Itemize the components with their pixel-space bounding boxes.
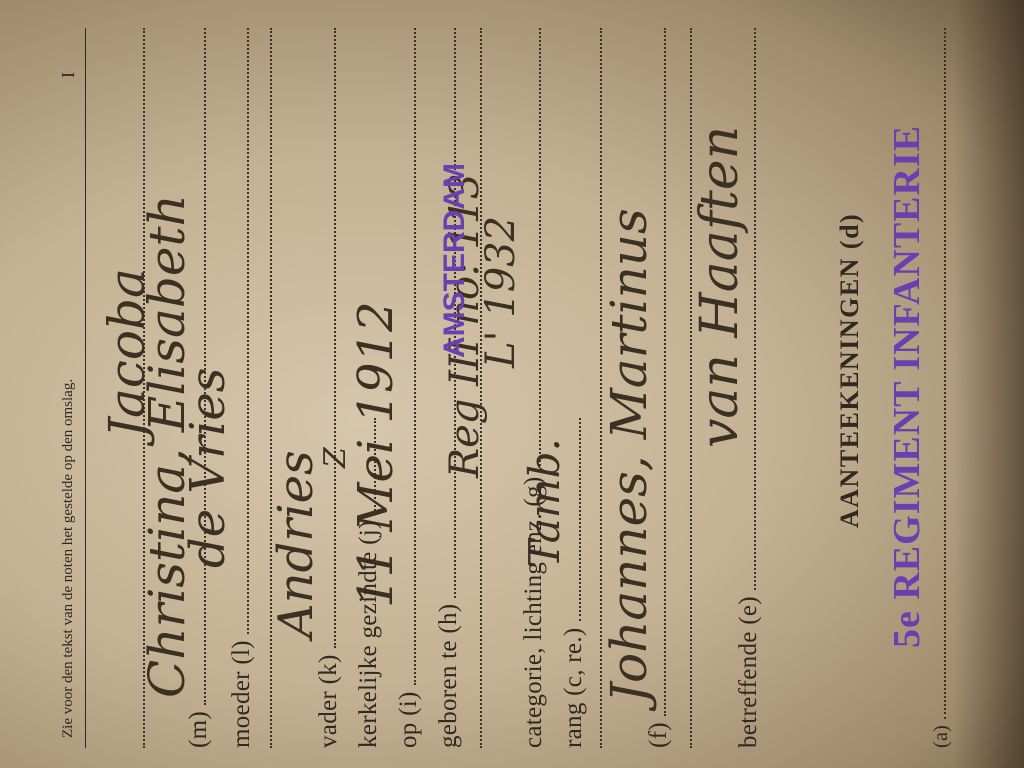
- field-kerkelijke-label: kerkelijke gezindte (j): [355, 520, 383, 748]
- field-categorie: categorie, lichting enz. (g): [520, 28, 548, 748]
- surname-handwritten: van Haaften: [690, 126, 750, 448]
- field-moeder-label: moeder (l): [228, 640, 256, 748]
- dotted-line: [334, 28, 336, 648]
- dotted-line: [247, 28, 249, 634]
- field-a-dotted-line: [944, 28, 946, 719]
- birthplace-stamp: AMSTERDAM: [438, 163, 472, 358]
- regiment-stamp: 5e REGIMENT INFANTERIE: [885, 125, 929, 648]
- extra-line: [600, 28, 609, 748]
- dotted-line: [539, 28, 541, 471]
- dotted-line: [664, 28, 666, 716]
- page-number: I: [58, 72, 79, 78]
- field-kerkelijke: kerkelijke gezindte (j): [355, 418, 383, 748]
- mother-thirdname-handwritten: Jacoba: [98, 268, 156, 438]
- field-m-label: (m): [185, 711, 213, 748]
- field-geboren-label: geboren te (h): [435, 604, 463, 748]
- dotted-line: [374, 418, 376, 514]
- dotted-line: [600, 28, 602, 748]
- dotted-line: [579, 418, 581, 622]
- field-rang-label: rang (c, re.): [560, 628, 588, 749]
- field-vader-label: vader (k): [315, 654, 343, 748]
- field-op-label: op (i): [395, 691, 423, 748]
- field-geboren: geboren te (h): [435, 28, 463, 748]
- dotted-line: [270, 28, 272, 748]
- page-title: AANTEEKENINGEN (d): [835, 213, 865, 528]
- field-a-row: (a): [930, 28, 953, 748]
- field-f-top-line: [690, 28, 699, 748]
- field-categorie-label: categorie, lichting enz. (g): [520, 477, 548, 748]
- field-betreffende-label: betreffende (e): [735, 596, 763, 748]
- footnote: Zie voor den tekst van de noten het gest…: [60, 379, 77, 738]
- dotted-line: [414, 28, 416, 685]
- dotted-line: [690, 28, 692, 748]
- field-a-label: (a): [930, 725, 953, 748]
- dotted-line: [754, 28, 756, 590]
- footer-rule: [85, 28, 86, 748]
- field-vader: vader (k): [315, 28, 343, 748]
- field-blank-line: [270, 28, 279, 748]
- dotted-line: [204, 28, 206, 705]
- registration-form-page: (a) 5e REGIMENT INFANTERIE AANTEEKENINGE…: [0, 0, 1024, 768]
- field-f-label: (f): [645, 722, 673, 748]
